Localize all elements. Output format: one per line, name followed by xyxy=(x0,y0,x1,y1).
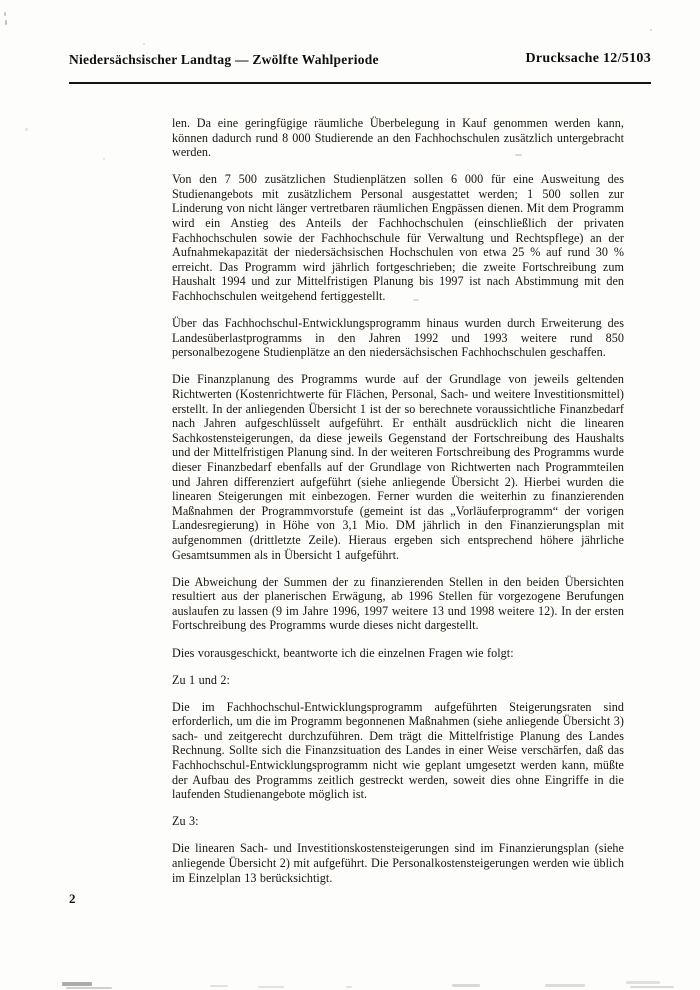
scan-speck xyxy=(143,43,145,45)
scan-speck xyxy=(346,986,352,988)
scan-speck xyxy=(545,984,585,987)
body-paragraph-2: Von den 7 500 zusätzlichen Studienplätze… xyxy=(172,172,624,303)
body-paragraph-8: Die linearen Sach- und Investitionskoste… xyxy=(172,841,624,885)
scan-speck xyxy=(413,299,419,301)
section-heading-zu-1-und-2: Zu 1 und 2: xyxy=(172,673,624,688)
scan-speck xyxy=(452,984,480,987)
scan-speck xyxy=(5,20,7,25)
body-text-column: len. Da eine geringfügige räumliche Über… xyxy=(172,116,624,898)
scan-speck xyxy=(258,986,284,988)
header-rule xyxy=(69,82,651,84)
scan-speck xyxy=(630,986,674,988)
scan-speck xyxy=(4,12,6,16)
body-paragraph-5: Die Abweichung der Summen der zu finanzi… xyxy=(172,575,624,633)
body-paragraph-7: Die im Fachhochschul-Entwicklungsprogram… xyxy=(172,700,624,802)
scan-speck xyxy=(62,982,92,986)
body-paragraph-4: Die Finanzplanung des Programms wurde au… xyxy=(172,372,624,562)
scan-speck xyxy=(25,128,28,131)
scan-speck xyxy=(650,29,652,31)
header-left-title: Niedersächsischer Landtag — Zwölfte Wahl… xyxy=(69,52,379,68)
document-page: Niedersächsischer Landtag — Zwölfte Wahl… xyxy=(0,0,700,990)
scan-speck xyxy=(66,987,112,989)
scan-speck xyxy=(210,985,228,987)
scan-speck xyxy=(103,158,105,160)
scan-speck xyxy=(626,981,660,984)
page-number: 2 xyxy=(69,891,76,907)
scan-speck xyxy=(515,154,522,156)
header-right-document-number: Drucksache 12/5103 xyxy=(525,51,651,67)
body-paragraph-3: Über das Fachhochschul-Entwicklungsprogr… xyxy=(172,316,624,360)
body-paragraph-6-intro: Dies vorausgeschickt, beantworte ich die… xyxy=(172,646,624,661)
body-paragraph-1: len. Da eine geringfügige räumliche Über… xyxy=(172,116,624,160)
section-heading-zu-3: Zu 3: xyxy=(172,814,624,829)
scan-speck xyxy=(449,608,452,610)
